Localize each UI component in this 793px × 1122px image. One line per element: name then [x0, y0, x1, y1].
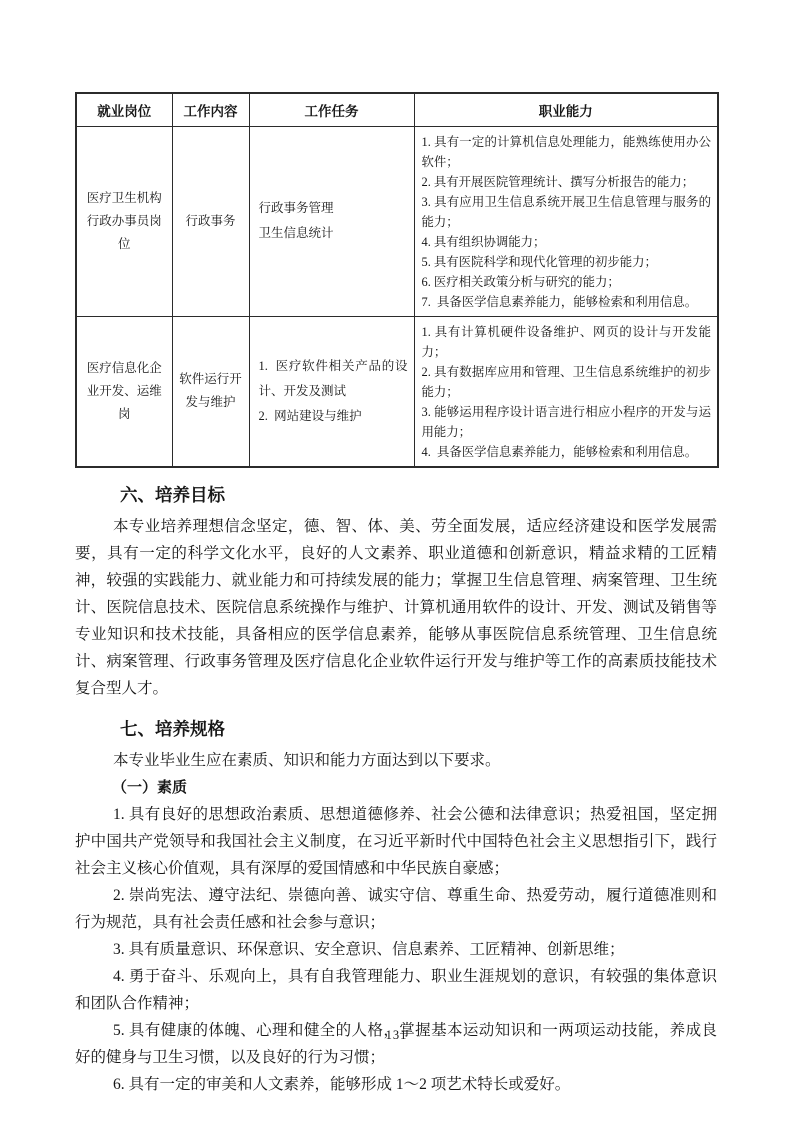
subsection-heading-quality: （一）素质 [75, 774, 717, 801]
ability-line: 4. 具备医学信息素养能力，能够检索和利用信息。 [422, 442, 712, 462]
document-page: 就业岗位 工作内容 工作任务 职业能力 医疗卫生机构行政办事员岗位 行政事务 行… [0, 0, 793, 1122]
column-header-abilities: 职业能力 [414, 93, 718, 126]
quality-item: 3. 具有质量意识、环保意识、安全意识、信息素养、工匠精神、创新思维； [75, 936, 717, 963]
quality-item: 4. 勇于奋斗、乐观向上，具有自我管理能力、职业生涯规划的意识，有较强的集体意识… [75, 963, 717, 1017]
task-line: 卫生信息统计 [259, 221, 408, 246]
cell-abilities: 1. 具有计算机硬件设备维护、网页的设计与开发能力； 2. 具有数据库应用和管理… [414, 316, 718, 467]
table-row: 医疗信息化企业开发、运维岗 软件运行开发与维护 1. 医疗软件相关产品的设计、开… [76, 316, 718, 467]
ability-line: 2. 具有开展医院管理统计、撰写分析报告的能力； [422, 172, 712, 192]
table-row: 医疗卫生机构行政办事员岗位 行政事务 行政事务管理 卫生信息统计 1. 具有一定… [76, 126, 718, 316]
ability-line: 5. 具有医院科学和现代化管理的初步能力； [422, 252, 712, 272]
ability-line: 3. 能够运用程序设计语言进行相应小程序的开发与运用能力； [422, 402, 712, 442]
cell-abilities: 1. 具有一定的计算机信息处理能力，能熟练使用办公软件； 2. 具有开展医院管理… [414, 126, 718, 316]
task-line: 行政事务管理 [259, 196, 408, 221]
section-heading-training-specifications: 七、培养规格 [75, 716, 717, 741]
cell-tasks: 行政事务管理 卫生信息统计 [249, 126, 414, 316]
quality-item: 1. 具有良好的思想政治素质、思想道德修养、社会公德和法律意识；热爱祖国，坚定拥… [75, 801, 717, 882]
training-objectives-paragraph: 本专业培养理想信念坚定，德、智、体、美、劳全面发展，适应经济建设和医学发展需要，… [75, 513, 717, 702]
quality-item: 6. 具有一定的审美和人文素养，能够形成 1～2 项艺术特长或爱好。 [75, 1071, 717, 1098]
ability-line: 1. 具有计算机硬件设备维护、网页的设计与开发能力； [422, 322, 712, 362]
task-line: 1. 医疗软件相关产品的设计、开发及测试 [259, 354, 408, 404]
column-header-tasks: 工作任务 [249, 93, 414, 126]
ability-line: 4. 具有组织协调能力； [422, 232, 712, 252]
ability-line: 1. 具有一定的计算机信息处理能力，能熟练使用办公软件； [422, 132, 712, 172]
table-header-row: 就业岗位 工作内容 工作任务 职业能力 [76, 93, 718, 126]
section-heading-training-objectives: 六、培养目标 [75, 482, 717, 507]
jobs-table: 就业岗位 工作内容 工作任务 职业能力 医疗卫生机构行政办事员岗位 行政事务 行… [75, 92, 719, 468]
training-specifications-intro: 本专业毕业生应在素质、知识和能力方面达到以下要求。 [75, 747, 717, 774]
ability-line: 7. 具备医学信息素养能力，能够检索和利用信息。 [422, 292, 712, 312]
cell-content: 行政事务 [172, 126, 249, 316]
ability-line: 2. 具有数据库应用和管理、卫生信息系统维护的初步能力； [422, 362, 712, 402]
column-header-content: 工作内容 [172, 93, 249, 126]
cell-tasks: 1. 医疗软件相关产品的设计、开发及测试 2. 网站建设与维护 [249, 316, 414, 467]
cell-position: 医疗卫生机构行政办事员岗位 [76, 126, 172, 316]
ability-line: 3. 具有应用卫生信息系统开展卫生信息管理与服务的能力； [422, 192, 712, 232]
task-line: 2. 网站建设与维护 [259, 404, 408, 429]
cell-position: 医疗信息化企业开发、运维岗 [76, 316, 172, 467]
quality-item: 2. 崇尚宪法、遵守法纪、崇德向善、诚实守信、尊重生命、热爱劳动，履行道德准则和… [75, 882, 717, 936]
cell-content: 软件运行开发与维护 [172, 316, 249, 467]
column-header-position: 就业岗位 [76, 93, 172, 126]
page-number: 131 [0, 1028, 793, 1043]
quality-item: 5. 具有健康的体魄、心理和健全的人格，掌握基本运动知识和一两项运动技能，养成良… [75, 1017, 717, 1071]
ability-line: 6. 医疗相关政策分析与研究的能力； [422, 272, 712, 292]
